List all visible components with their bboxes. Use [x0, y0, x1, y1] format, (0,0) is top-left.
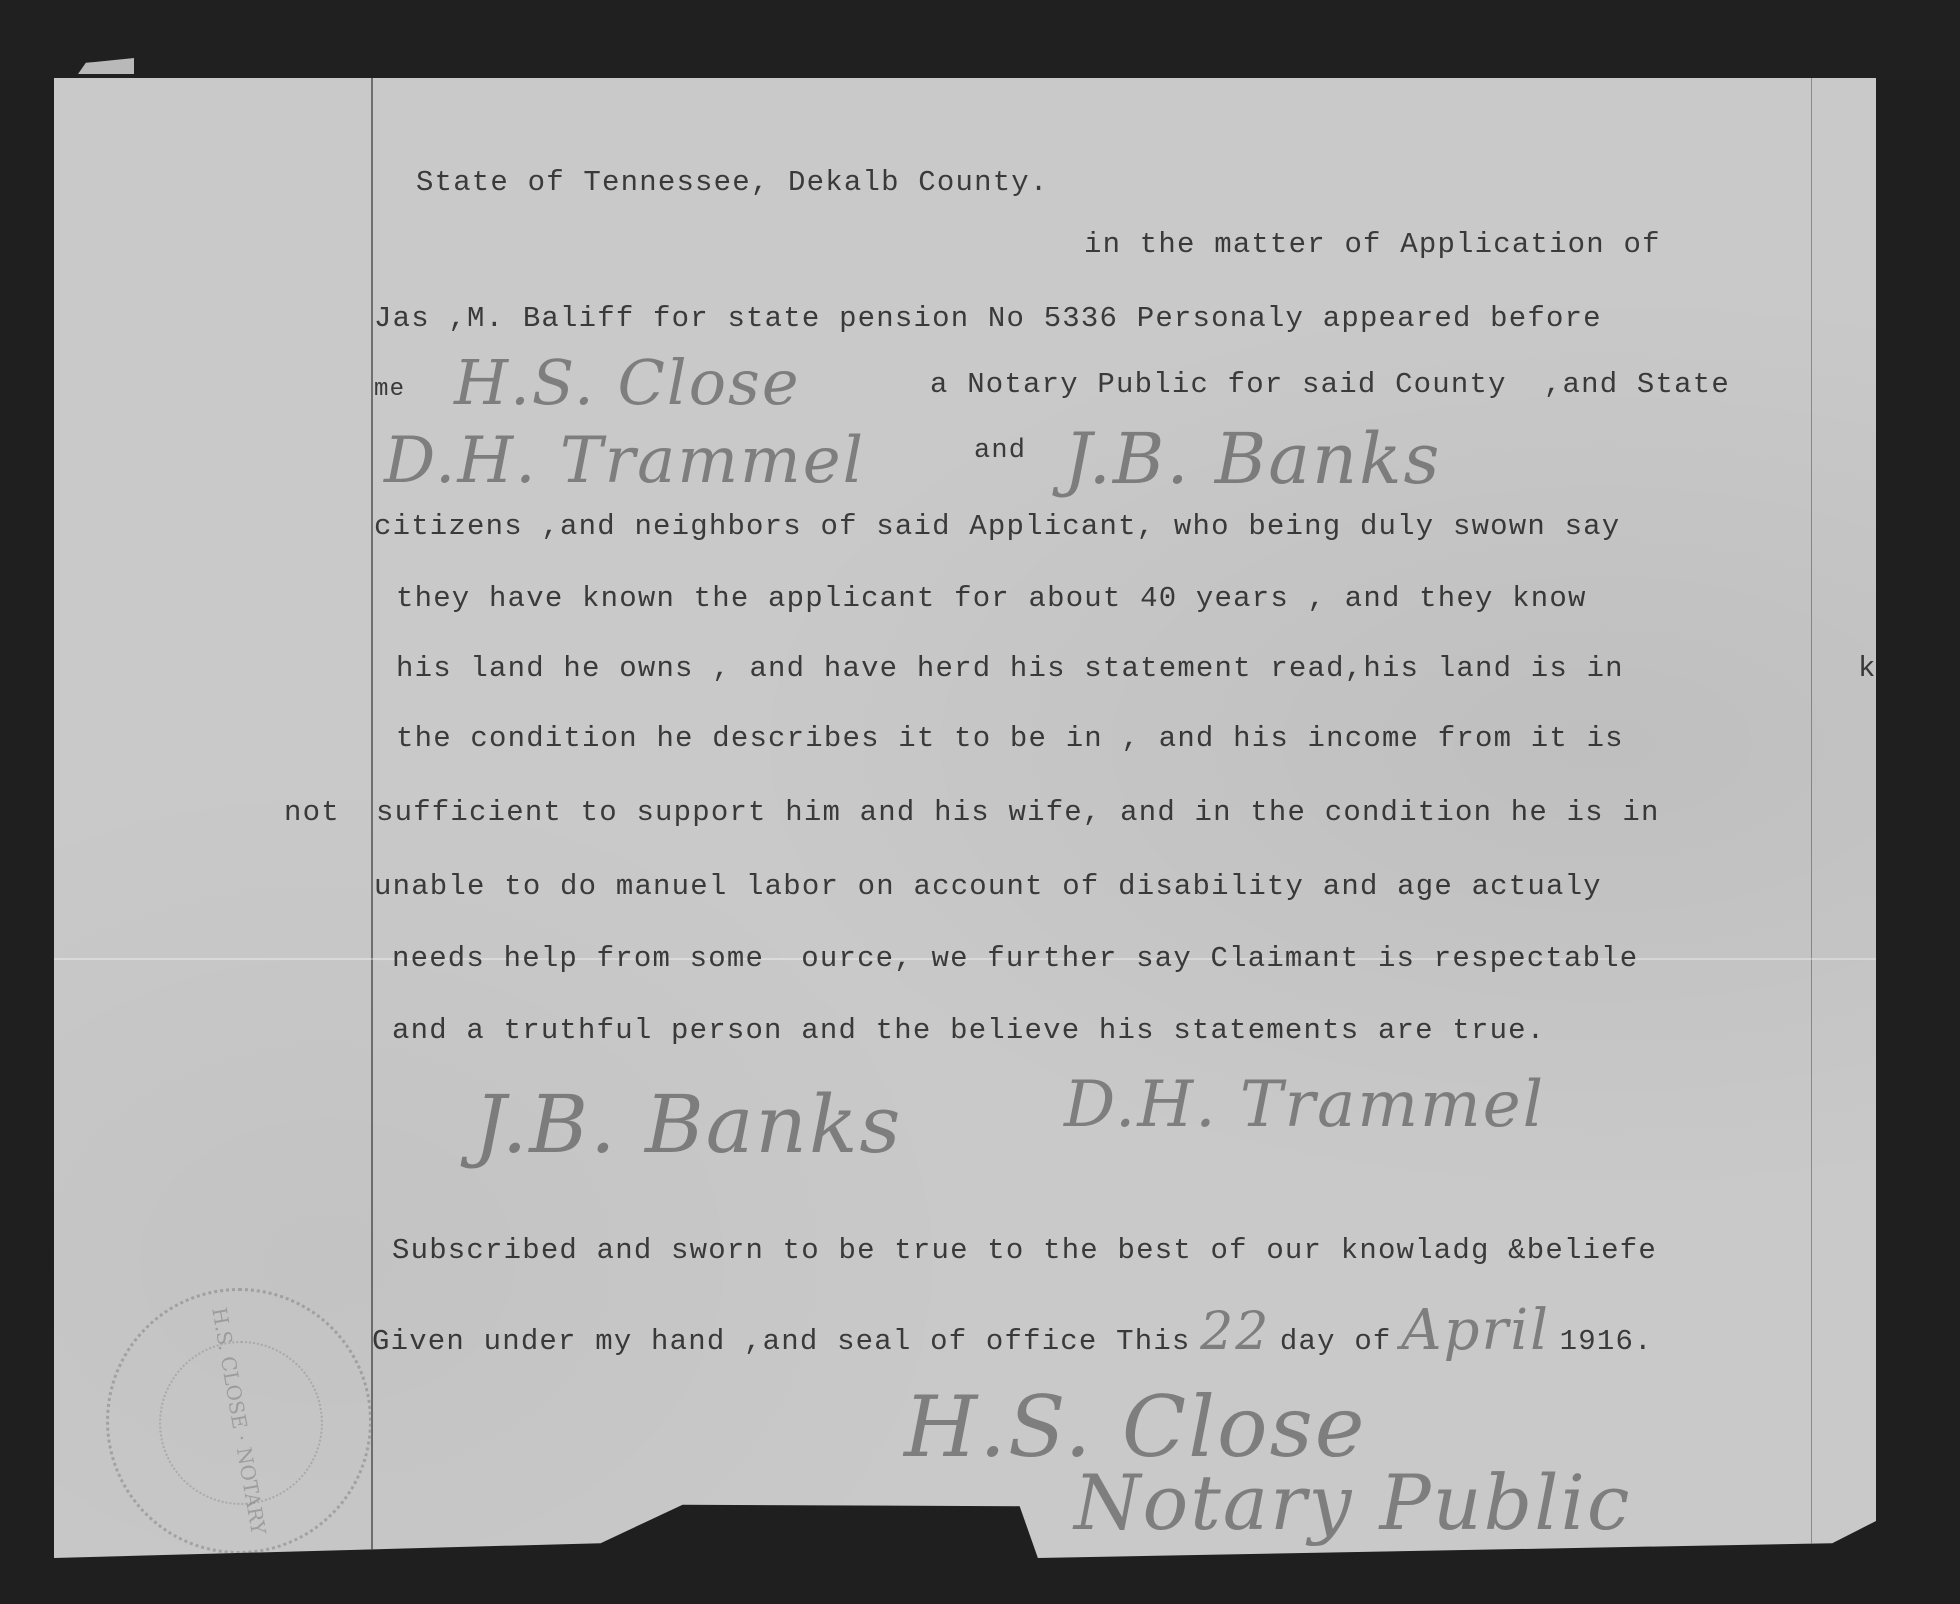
given-line-start: Given under my hand ,and seal of office … [372, 1325, 1191, 1358]
text-line-unable: unable to do manuel labor on account of … [374, 870, 1602, 903]
seal-text: H.S. CLOSE · NOTARY PUBLIC · DEKALB CO. [88, 1270, 389, 1571]
text-line-and: and [974, 436, 1026, 466]
document-header: State of Tennessee, Dekalb County. [416, 166, 1049, 199]
scan-backdrop [0, 0, 1960, 80]
given-line: Given under my hand ,and seal of office … [372, 1298, 1653, 1363]
affidavit-page: State of Tennessee, Dekalb County. in th… [54, 78, 1876, 1558]
given-day: 22 [1200, 1302, 1270, 1362]
notary-signature: H.S. Close [904, 1378, 1366, 1476]
text-line-needs: needs help from some ource, we further s… [392, 942, 1638, 975]
text-line-citizens: citizens ,and neighbors of said Applican… [374, 510, 1620, 543]
text-line-me: me [374, 376, 405, 403]
margin-note-not: not [284, 796, 340, 829]
witness-signature-banks: J.B. Banks [474, 1078, 902, 1171]
text-line-1: Jas ,M. Baliff for state pension No 5336… [374, 302, 1602, 335]
notary-title: Notary Public [1074, 1458, 1631, 1547]
text-line-truthful: and a truthful person and the believe hi… [392, 1014, 1545, 1047]
text-line-notary: a Notary Public for said County ,and Sta… [930, 368, 1730, 401]
text-line-land: his land he owns , and have herd his sta… [396, 652, 1624, 685]
text-line-condition: the condition he describes it to be in ,… [396, 722, 1624, 755]
stray-mark: k [1858, 652, 1877, 685]
left-margin-rule [371, 78, 373, 1558]
text-line-sufficient: sufficient to support him and his wife, … [376, 796, 1660, 829]
witness-2-inline-signature: J.B. Banks [1064, 418, 1441, 500]
witness-1-inline-signature: D.H. Trammel [384, 424, 865, 498]
text-line-subscribed: Subscribed and sworn to be true to the b… [392, 1234, 1657, 1267]
witness-signature-trammel: D.H. Trammel [1064, 1068, 1545, 1142]
text-line-known: they have known the applicant for about … [396, 582, 1587, 615]
notary-seal-embossing: H.S. CLOSE · NOTARY PUBLIC · DEKALB CO. [106, 1288, 372, 1554]
matter-line: in the matter of Application of [1084, 228, 1661, 261]
fold-crease [54, 958, 1876, 960]
right-margin-rule [1811, 78, 1812, 1558]
given-year: 1916. [1560, 1325, 1653, 1358]
given-day-of: day of [1280, 1325, 1392, 1358]
given-month: April [1401, 1298, 1550, 1363]
notary-inline-signature: H.S. Close [454, 346, 801, 419]
seal-inner-ring [159, 1341, 323, 1505]
